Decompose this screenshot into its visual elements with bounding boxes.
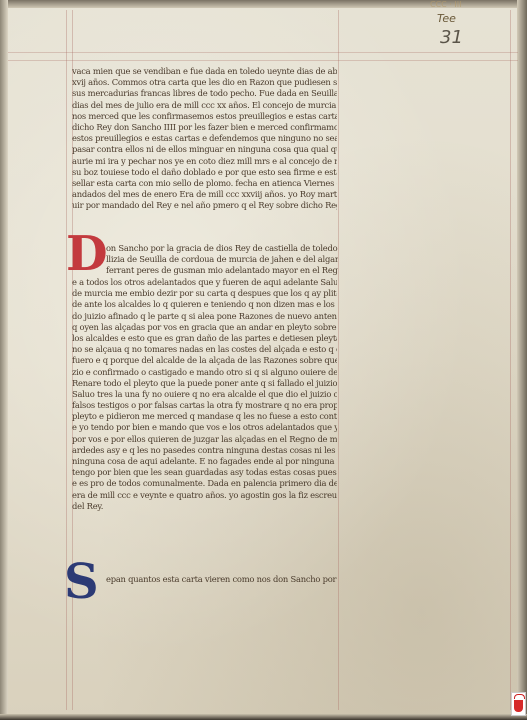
paragraph-1: vaca mien que se vendiban e fue dada en … [72,66,337,211]
text-line: aurie mi ira y pechar nos ye en coto die… [72,156,337,167]
text-line: e yo tendo por bien e mando que vos e lo… [72,422,337,433]
folio-number: 31 [440,27,463,48]
illuminated-initial-s: S [64,560,108,604]
text-line: zio e confirmado o castigado e mando otr… [72,367,337,378]
text-line: del Rey. [72,501,337,512]
crown-icon [514,694,525,699]
shield-icon [514,700,523,712]
paragraph-2: e a todos los otros adelantados que y fu… [72,277,337,512]
text-line: xvij años. Commos otra carta que les dio… [72,77,337,88]
text-line: no se alçaua q no tomares nadas en las c… [72,344,337,355]
text-line: do juizio afinado q le parte q si alea p… [72,311,337,322]
text-line: Saluo tres la una fy no ouiere q no era … [72,389,337,400]
text-line: uir por mandado del Rey e nel año pmero … [72,200,337,211]
text-line: falsos testigos o por falsas cartas la o… [72,400,337,411]
text-line: nos merced que les confirmasemos estos p… [72,111,337,122]
text-line: ninguna cosa de aqui adelante. E no faga… [72,456,337,467]
text-line: tengo por bien que les sean guardadas as… [72,467,337,478]
text-line: los alcaldes e esto que es gran daño de … [72,333,337,344]
library-crest-icon [511,692,526,716]
ruling-top-inner [8,60,518,61]
illuminated-initial-d: D [66,232,110,276]
text-line: su boz touiese todo el daño doblado e po… [72,167,337,178]
text-line: vaca mien que se vendiban e fue dada en … [72,66,337,77]
text-line: sellar esta carta con mio sello de plomo… [72,178,337,189]
text-line: epan quantos esta carta vieren como nos … [106,574,338,585]
text-line: Renare todo el pleyto que la puede poner… [72,378,337,389]
folio-annotation: Tee [437,12,456,25]
text-line: e es pro de todos comunalmente. Dada en … [72,478,337,489]
text-line: dicho Rey don Sancho IIII por les fazer … [72,122,337,133]
text-line: ardedes asy e q les no pasedes contra ni… [72,445,337,456]
text-line: llizia de Seuilla de cordoua de murcia d… [106,254,338,265]
text-line: andados del mes de enero Era de mill ccc… [72,189,337,200]
text-line: fuero e q porque del alcalde de la alçad… [72,355,337,366]
ruling-outer [510,10,511,710]
manuscript-page: CCC · III Tee 31 vaca mien que se vendib… [0,0,527,720]
ruling-right [338,10,339,710]
page-bottom-edge [0,714,527,720]
text-line: e a todos los otros adelantados que y fu… [72,277,337,288]
text-line: estos preuillegios e estas cartas e defe… [72,133,337,144]
text-line: pasar contra ellos ni de ellos minguar e… [72,144,337,155]
paragraph-2-indented: on Sancho por la gracia de dios Rey de c… [106,243,338,277]
text-line: sus mercadurias francas libres de todo p… [72,88,337,99]
paragraph-3: epan quantos esta carta vieren como nos … [106,574,338,585]
page-right-edge [517,0,527,720]
text-line: pleyto e pidieron me merced q mandase q … [72,411,337,422]
text-line: dias del mes de julio era de mill ccc xx… [72,100,337,111]
folio-top-marking: CCC · III [430,0,461,9]
page-left-edge [0,0,8,720]
text-line: ferrant peres de gusman mio adelantado m… [106,265,338,276]
text-line: por vos e por ellos quieren de juzgar la… [72,434,337,445]
text-line: era de mill ccc e veynte e quatro años. … [72,490,337,501]
text-line: q oyen las alçadas por vos en gracia que… [72,322,337,333]
text-line: on Sancho por la gracia de dios Rey de c… [106,243,338,254]
text-line: de ante los alcaldes lo q quieren e teni… [72,299,337,310]
ruling-top [8,52,518,53]
text-line: de murcia me embio dezir por su carta q … [72,288,337,299]
